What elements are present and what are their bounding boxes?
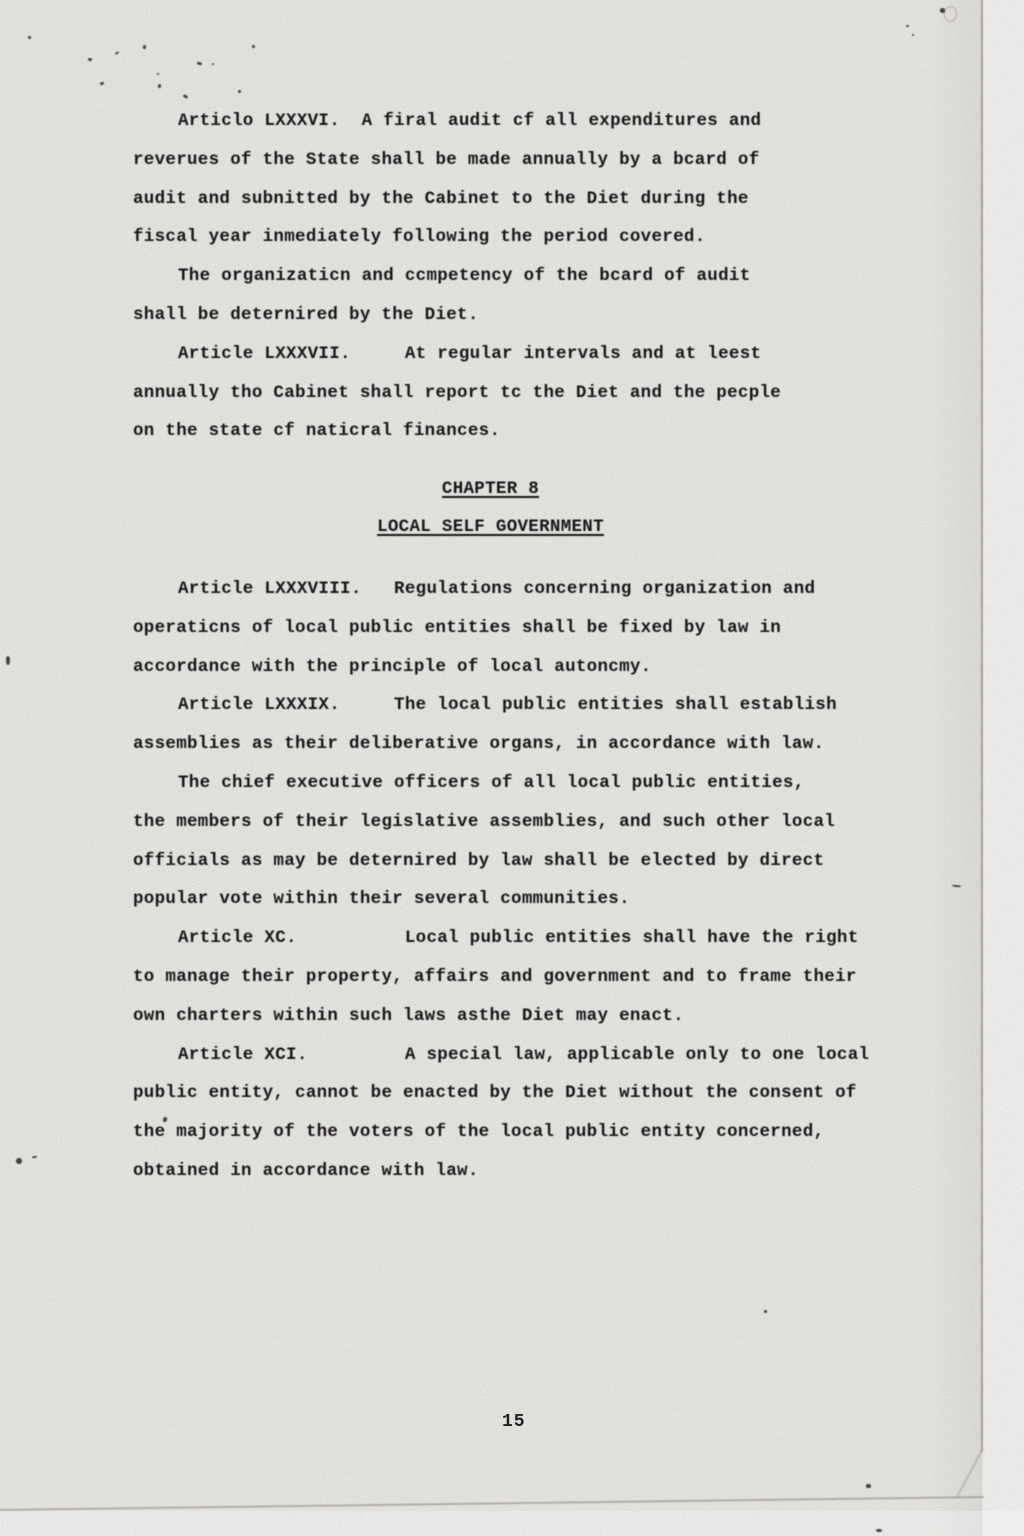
document-text-block: Articlo LXXXVI. A firal audit cf all exp… [0,0,1024,1536]
text-line: audit and subnitted by the Cabinet to th… [133,188,749,210]
noise-speck [866,1484,871,1488]
text-line: shall be deternired by the Diet. [133,304,479,326]
text-line: the majority of the voters of the local … [133,1121,824,1143]
text-line: Article LXXXVII. At regular intervals an… [178,343,761,365]
text-line: officials as may be deternired by law sh… [133,850,824,872]
text-line: LOCAL SELF GOVERNMENT [133,516,848,538]
noise-speck [940,8,945,13]
text-line: Article XC. Local public entities shall … [178,927,859,949]
noise-speck [157,73,159,75]
noise-speck [906,25,909,27]
text-line: on the state cf naticral finances. [133,420,500,442]
noise-speck [238,90,241,93]
text-line: reverues of the State shall be made annu… [133,149,760,171]
text-line: own charters within such laws asthe Diet… [133,1005,684,1027]
text-line: Article LXXXVIII. Regulations concerning… [178,578,815,600]
text-line: accordance with the principle of local a… [133,656,651,678]
noise-speck [212,63,214,65]
page-number: 15 [502,1412,526,1432]
text-line: Article XCI. A special law, applicable o… [178,1044,869,1066]
text-line: CHAPTER 8 [133,478,848,500]
text-line: Article LXXXIX. The local public entitie… [178,694,837,716]
noise-speck [764,1310,767,1313]
text-line: annually tho Cabinet shall report tc the… [133,382,781,404]
text-line: fiscal year inmediately following the pe… [133,226,706,248]
noise-speck [28,36,31,39]
text-line: Articlo LXXXVI. A firal audit cf all exp… [178,110,761,132]
text-line: The organizaticn and ccmpetency of the b… [178,265,751,287]
text-line: The chief executive officers of all loca… [178,772,805,794]
noise-speck [912,34,914,36]
noise-speck [143,45,146,49]
text-line: the members of their legislative assembl… [133,811,835,833]
text-line: operaticns of local public entities shal… [133,617,781,639]
text-line: to manage their property, affairs and go… [133,966,857,988]
scanned-document-page: Articlo LXXXVI. A firal audit cf all exp… [0,0,1024,1536]
text-line: assemblies as their deliberative organs,… [133,733,824,755]
noise-speck [876,1529,882,1532]
text-line: popular vote within their several commun… [133,888,630,910]
noise-speck [6,656,10,665]
text-line: obtained in accordance with law. [133,1160,479,1182]
text-line: public entity, cannot be enacted by the … [133,1082,857,1104]
